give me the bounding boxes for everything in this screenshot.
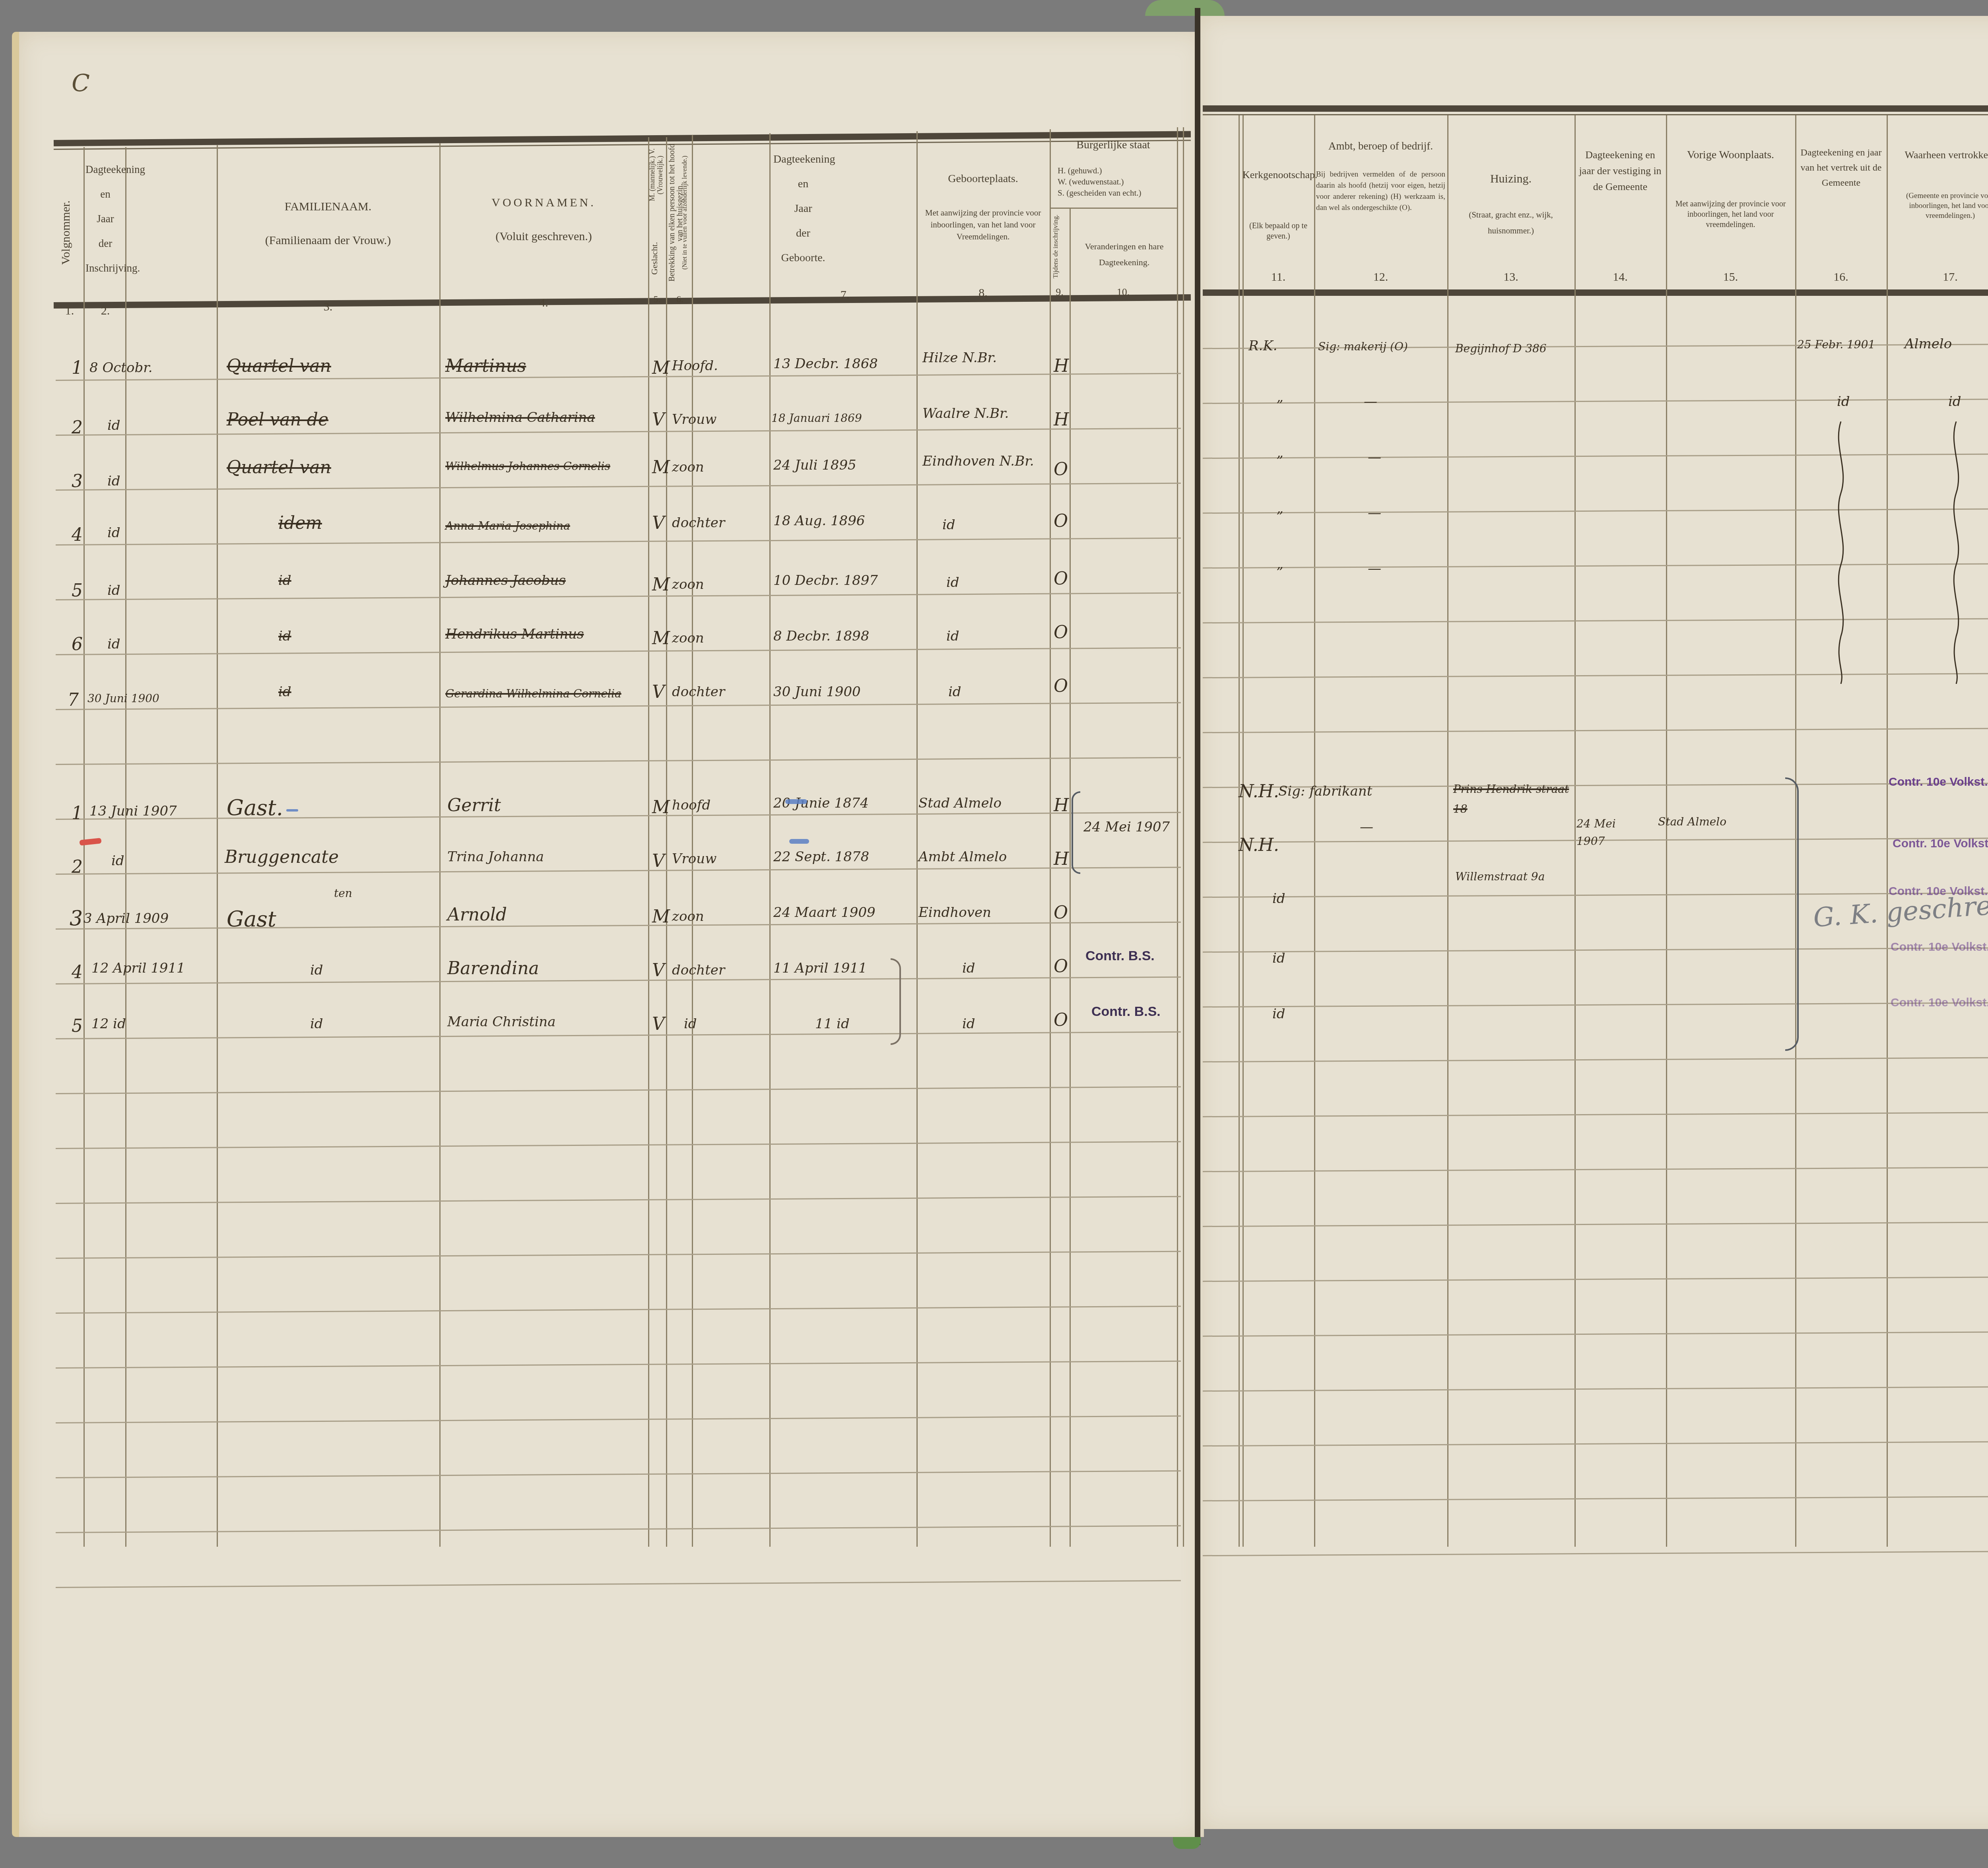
header-col-9: Tijdens de inschrijving.: [1052, 213, 1068, 280]
registration-date: id: [107, 417, 120, 433]
marriage-date: 24 Mei 1907: [1083, 819, 1170, 835]
registration-date: 8 Octobr.: [89, 360, 153, 376]
civil-status: O: [1054, 1010, 1068, 1030]
occupation: —: [1360, 819, 1373, 835]
row-number: 1: [72, 358, 83, 378]
relation: zoon: [672, 577, 704, 592]
church: N.H.: [1239, 835, 1279, 855]
relation: Vrouw: [672, 851, 716, 867]
surname: id: [278, 628, 291, 644]
birth-date: 10 Decbr. 1897: [773, 573, 878, 588]
colnum-4: 4.: [439, 296, 648, 310]
colnum-8: 8.: [916, 286, 1050, 300]
colnum-6: 6.: [668, 294, 692, 305]
colnum-16: 16.: [1795, 270, 1887, 284]
occupation: Sig: fabrikant: [1278, 783, 1372, 799]
registration-date: id: [107, 473, 120, 489]
occupation: —: [1368, 505, 1381, 521]
relation: dochter: [672, 515, 725, 531]
relation: id: [684, 1016, 697, 1032]
registration-date: id: [107, 583, 120, 598]
col-line: [916, 131, 918, 1547]
sex: M: [652, 907, 670, 927]
row-number: 3: [72, 471, 83, 491]
row-number: 3: [70, 907, 83, 930]
departure-date: 25 Febr. 1901: [1797, 338, 1875, 351]
sex: M: [652, 628, 670, 649]
civil-status: H: [1054, 795, 1069, 816]
colnum-7: 7.: [773, 288, 916, 302]
birth-place: Eindhoven N.Br.: [922, 453, 1034, 469]
col-line: [1050, 129, 1051, 1547]
header-col-13-title: Huizing.: [1447, 171, 1574, 187]
col-line: [1239, 115, 1240, 1547]
col-line: [1574, 115, 1576, 1547]
surname: Quartel van: [227, 356, 331, 376]
header-col-13-sub: (Straat, gracht enz., wijk, huisnommer.): [1447, 207, 1574, 239]
colnum-12: 12.: [1314, 270, 1447, 284]
birth-place: Waalre N.Br.: [922, 406, 1009, 421]
census-stamp: Contr. 10e Volkst.: [1893, 837, 1988, 851]
given-names: Gerardina Wilhelmina Cornelia: [445, 682, 644, 706]
sex: M: [652, 575, 670, 595]
birth-date: 8 Decbr. 1898: [773, 628, 869, 644]
row-number: 7: [68, 690, 79, 710]
destination: id: [1948, 394, 1961, 410]
given-names: Wilhelmina Catharina: [445, 410, 595, 425]
colnum-13: 13.: [1447, 270, 1574, 284]
birth-date: 11 id: [815, 1016, 850, 1032]
birth-brace: [891, 958, 901, 1045]
civil-status: O: [1054, 459, 1068, 480]
control-stamp: Contr. B.S.: [1091, 1004, 1161, 1019]
book-spine: [1195, 8, 1200, 1845]
surname: id: [310, 1016, 323, 1032]
given-names: Barendina: [447, 958, 539, 979]
relation: dochter: [672, 962, 725, 978]
header-col-2: Dagteekening en Jaar der Inschrijving.: [85, 157, 125, 280]
header-col-5-sub: M. (mannelijk.) V. (Vrouwelijk.): [648, 137, 666, 213]
occupation: Sig: makerij (O): [1318, 340, 1408, 353]
header-col-5-title: Geslacht.: [648, 215, 666, 302]
row-number: 4: [72, 525, 83, 545]
sex: V: [652, 410, 665, 430]
colnum-15: 15.: [1666, 270, 1795, 284]
given-names: Arnold: [447, 905, 507, 925]
registration-date: id: [107, 636, 120, 652]
surname: Gast.: [227, 795, 283, 820]
header-col-10: Veranderingen en hare Dagteekening.: [1072, 239, 1177, 270]
colnum-3: 3.: [217, 300, 439, 314]
col-line: [1666, 115, 1667, 1547]
civil-status: H: [1054, 849, 1069, 869]
header-col-12-sub: Bij bedrijven vermelden of de persoon da…: [1316, 169, 1445, 214]
birth-date: 30 Juni 1900: [773, 684, 861, 700]
col-line: [1070, 209, 1071, 1547]
colnum-2: 2.: [85, 304, 125, 318]
col-line: [1183, 127, 1184, 1547]
row-number: 5: [72, 581, 83, 601]
spine-cloth: [1173, 1837, 1201, 1849]
surname: Poel van de: [227, 410, 328, 430]
header-col-17-sub: (Gemeente en provincie voor inboorlingen…: [1889, 191, 1988, 221]
birth-date: 22 Sept. 1878: [773, 849, 869, 865]
sex: M: [652, 797, 670, 817]
col-line: [648, 137, 649, 1547]
registration-date: id: [111, 853, 124, 869]
sex: V: [652, 851, 665, 871]
header-civil-status-title: Burgerlijke staat: [1050, 137, 1177, 153]
relation: dochter: [672, 684, 725, 700]
given-names: Martinus: [445, 356, 526, 376]
header-col-2-text: Dagteekening en Jaar der Inschrijving.: [85, 157, 125, 280]
row-number: 6: [72, 634, 83, 654]
col-line: [1242, 115, 1244, 1547]
relation: zoon: [672, 630, 704, 646]
church: ”: [1276, 509, 1283, 525]
registration-date: 13 Juni 1907: [89, 803, 177, 819]
birth-place: Ambt Almelo: [918, 849, 1007, 865]
registration-date: 3 April 1909: [83, 911, 169, 926]
header-col-16: Dagteekening en jaar van het vertrek uit…: [1796, 145, 1886, 190]
header-col-8-sub: Met aanwijzing der provincie voor inboor…: [918, 207, 1048, 243]
colnum-9: 9.: [1050, 286, 1070, 298]
sex: M: [652, 358, 670, 378]
colnum-14: 14.: [1574, 270, 1666, 284]
church: id: [1272, 950, 1285, 966]
legend-w: W. (weduwenstaat.): [1058, 176, 1177, 187]
civil-status: O: [1054, 622, 1068, 643]
surname: Gast: [227, 907, 276, 932]
surname: idem: [278, 513, 322, 533]
birth-place: Hilze N.Br.: [922, 350, 997, 366]
relation: hoofd: [672, 797, 711, 813]
colnum-17: 17.: [1887, 270, 1988, 284]
registration-date: 12 id: [91, 1016, 126, 1032]
house-address: Willemstraat 9a: [1455, 867, 1567, 887]
census-stamp: Contr. 10e Volkst.: [1891, 996, 1988, 1010]
control-stamp: Contr. B.S.: [1085, 948, 1155, 964]
col-line: [217, 145, 218, 1547]
civil-status-legend: H. (gehuwd.) W. (weduwenstaat.) S. (gesc…: [1058, 165, 1177, 198]
birth-date: 11 April 1911: [773, 960, 867, 976]
given-names: Wilhelmus Johannes Cornelis: [445, 455, 644, 478]
sex: V: [652, 960, 665, 981]
birth-place: id: [946, 575, 959, 590]
given-names: Hendrikus Martinus: [445, 626, 584, 642]
col-line: [83, 147, 85, 1547]
civil-status: H: [1054, 410, 1069, 430]
civil-status: O: [1054, 569, 1068, 589]
church: id: [1272, 1006, 1285, 1022]
header-col-12-title: Ambt, beroep of bedrijf.: [1314, 139, 1447, 153]
col-line: [769, 133, 771, 1547]
header-col-3-title: FAMILIENAAM.: [217, 199, 439, 215]
given-names: Johannes Jacobus: [445, 573, 566, 588]
row-number: 2: [72, 417, 83, 438]
col-line: [1314, 115, 1315, 1547]
birth-place: id: [942, 517, 955, 533]
col-line: [692, 135, 693, 1547]
given-names: Anna Maria Josephina: [445, 515, 644, 537]
registration-date: 12 April 1911: [91, 960, 185, 976]
family-brace: [1785, 777, 1799, 1051]
occupation: —: [1368, 449, 1381, 465]
sex: V: [652, 682, 665, 702]
row-number: 1: [72, 803, 83, 823]
blue-pencil-mark: [286, 809, 298, 812]
church: ”: [1276, 398, 1283, 414]
ditto-wave-line: [1833, 421, 1849, 684]
registration-date: id: [107, 525, 120, 541]
relation: zoon: [672, 459, 704, 475]
birth-date: 18 Januari 1869: [771, 412, 862, 425]
relation: Hoofd.: [672, 358, 718, 374]
col-line: [125, 147, 126, 1547]
header-col-11-title: Kerkgenootschap.: [1242, 167, 1314, 183]
house-address: Begijnhof D 386: [1455, 338, 1567, 359]
header-col-6-sub: (Niet in te vullen voor afzonderlijk lev…: [682, 137, 692, 288]
legend-h: H. (gehuwd.): [1058, 165, 1177, 176]
surname: Quartel van: [227, 457, 331, 478]
occupation: —: [1368, 561, 1381, 577]
surname: Bruggencate: [225, 847, 339, 867]
surname: id: [278, 573, 291, 588]
sex: V: [652, 513, 665, 533]
colnum-5: 5.: [648, 294, 666, 305]
header-col-4-sub: (Voluit geschreven.): [439, 229, 648, 245]
church: R.K.: [1248, 338, 1277, 354]
header-col-15-sub: Met aanwijzing der provincie voor inboor…: [1668, 199, 1793, 230]
header-col-15-title: Vorige Woonplaats.: [1666, 147, 1795, 163]
census-stamp: Contr. 10e Volkst.: [1889, 775, 1988, 789]
header-rule-top-right: [1203, 105, 1988, 112]
civil-status: O: [1054, 676, 1068, 696]
relation: zoon: [672, 909, 704, 924]
header-col-11-sub: (Elk bepaald op te geven.): [1242, 221, 1314, 241]
registration-date: 30 Juni 1900: [87, 692, 159, 705]
destination: Almelo: [1905, 336, 1952, 352]
church: ”: [1276, 453, 1283, 469]
header-col-1: Volgnommer.: [60, 167, 72, 298]
col-line: [1177, 127, 1178, 1547]
row-number: 5: [72, 1016, 83, 1036]
blue-pencil-mark: [785, 799, 807, 804]
settlement-date: 24 Mei 1907: [1576, 815, 1636, 850]
civil-status: O: [1054, 956, 1068, 977]
church: ”: [1276, 565, 1283, 581]
header-col-8-title: Geboorteplaats.: [916, 171, 1050, 187]
col-line: [666, 137, 667, 1547]
birth-place: id: [962, 960, 975, 976]
ditto-wave-line: [1948, 421, 1964, 684]
header-col-4-title: VOORNAMEN.: [439, 195, 648, 211]
legend-s: S. (gescheiden van echt.): [1058, 187, 1177, 198]
birth-place: id: [946, 628, 959, 644]
civil-status: O: [1054, 903, 1068, 923]
header-col-17-title: Waarheen vertrokken.: [1887, 147, 1988, 163]
birth-date: 18 Aug. 1896: [773, 513, 865, 529]
sex: V: [652, 1014, 665, 1034]
occupation: —: [1364, 394, 1377, 410]
surname: id: [278, 684, 291, 700]
col-line: [1447, 115, 1448, 1547]
departure-date: id: [1837, 394, 1850, 410]
colnum-1: 1.: [56, 304, 83, 318]
header-col-14: Dagteekening en jaar der vestiging in de…: [1576, 147, 1664, 195]
given-names: Gerrit: [447, 795, 501, 816]
header-rule-bottom-right: [1203, 289, 1988, 296]
given-names: Trina Johanna: [447, 849, 544, 865]
house-address-crossed: Prins Hendrik straat 18: [1453, 779, 1573, 819]
header-rule-thin-right: [1203, 114, 1988, 115]
header-col-7: Dagteekening en Jaar der Geboorte.: [773, 147, 833, 270]
census-stamp: Contr. 10e Volkst.: [1891, 940, 1988, 954]
previous-residence: Stad Almelo: [1658, 815, 1726, 828]
col-line: [439, 143, 441, 1547]
birth-date: 13 Decbr. 1868: [773, 356, 878, 372]
surname: id: [310, 962, 323, 978]
birth-date: 24 Juli 1895: [773, 457, 856, 473]
birth-place: id: [948, 684, 961, 700]
surname-prefix-note: ten: [334, 887, 352, 900]
colnum-10: 10.: [1070, 286, 1177, 298]
given-names: Maria Christina: [447, 1014, 555, 1030]
relation: Vrouw: [672, 412, 716, 427]
spine-cloth: [1145, 0, 1225, 16]
sex: M: [652, 457, 670, 478]
blue-pencil-mark: [789, 839, 809, 844]
corner-mark: C: [72, 70, 90, 97]
birth-place: id: [962, 1016, 975, 1032]
colnum-11: 11.: [1242, 270, 1314, 284]
civil-status: H: [1054, 356, 1069, 376]
birth-place: Eindhoven: [918, 905, 991, 920]
civil-status: O: [1054, 511, 1068, 531]
marriage-brace: [1072, 791, 1080, 874]
church: id: [1272, 891, 1285, 907]
row-number: 2: [72, 857, 83, 877]
row-number: 4: [72, 962, 83, 983]
header-col-3-sub: (Familienaam der Vrouw.): [217, 233, 439, 249]
birth-place: Stad Almelo: [918, 795, 1002, 811]
birth-date: 24 Maart 1909: [773, 905, 876, 920]
church: N.H.: [1239, 781, 1279, 802]
civil-status-divider: [1050, 208, 1177, 209]
